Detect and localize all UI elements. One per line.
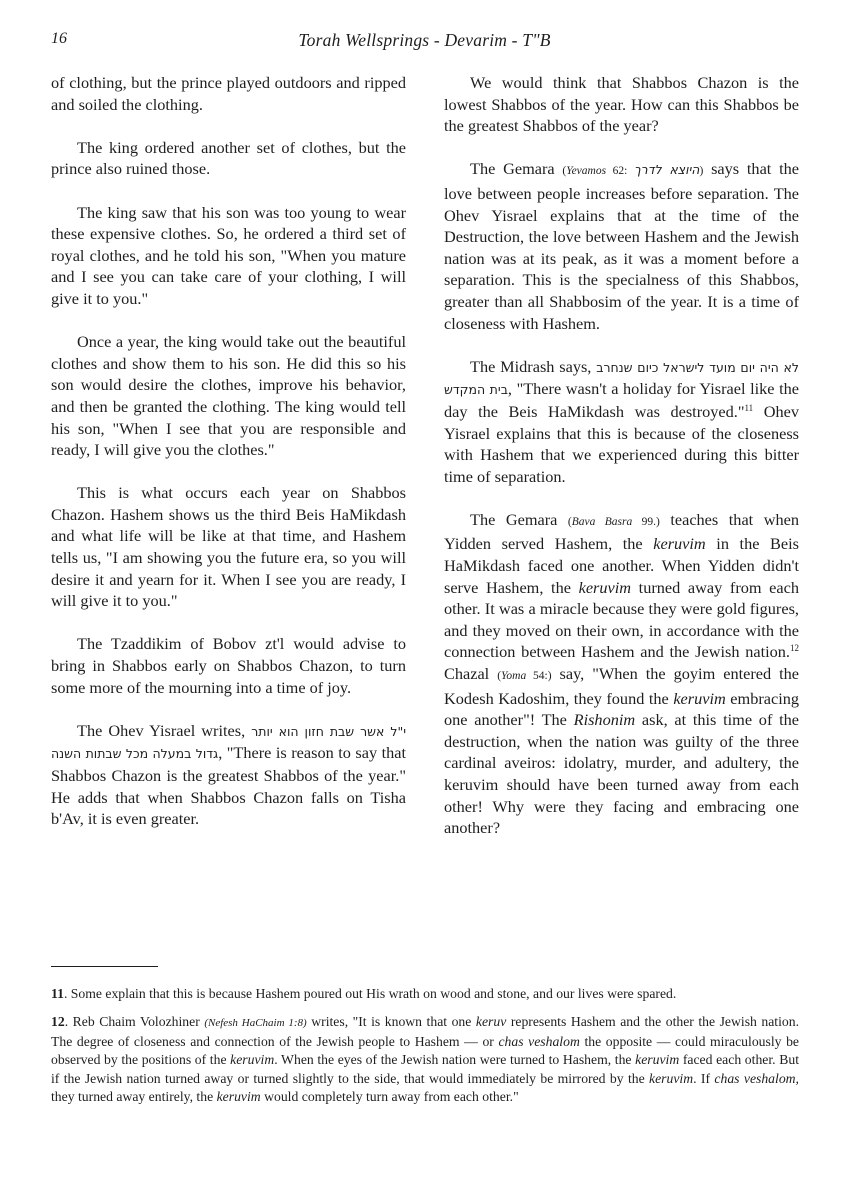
paragraph: The Gemara (Bava Basra 99.) teaches that… [444, 509, 799, 839]
footnote-separator [51, 966, 158, 967]
page-header: 16 Torah Wellsprings - Devarim - T"B [51, 30, 798, 54]
right-column: We would think that Shabbos Chazon is th… [444, 72, 799, 860]
footnote-11: 11. Some explain that this is because Ha… [51, 985, 799, 1003]
body-columns: of clothing, but the prince played outdo… [51, 72, 799, 860]
footnote-ref-12[interactable]: 12 [790, 643, 799, 653]
running-title: Torah Wellsprings - Devarim - T"B [51, 30, 798, 51]
paragraph: The king ordered another set of clothes,… [51, 137, 406, 180]
paragraph: We would think that Shabbos Chazon is th… [444, 72, 799, 137]
paragraph: of clothing, but the prince played outdo… [51, 72, 406, 115]
paragraph: Once a year, the king would take out the… [51, 331, 406, 461]
paragraph: The Gemara (Yevamos 62: היוצא לדרך) says… [444, 158, 799, 334]
source-citation: (Yevamos 62: היוצא לדרך) [562, 165, 703, 177]
footnotes: 11. Some explain that this is because Ha… [51, 985, 799, 1116]
paragraph: The king saw that his son was too young … [51, 202, 406, 310]
left-column: of clothing, but the prince played outdo… [51, 72, 406, 860]
footnote-ref-11[interactable]: 11 [744, 403, 753, 413]
paragraph: This is what occurs each year on Shabbos… [51, 482, 406, 612]
paragraph: The Midrash says, לא היה יום מועד לישראל… [444, 356, 799, 488]
source-citation: (Yoma 54:) [497, 670, 551, 682]
footnote-12: 12. Reb Chaim Volozhiner (Nefesh HaChaim… [51, 1013, 799, 1106]
source-citation: (Bava Basra 99.) [568, 516, 660, 528]
paragraph: The Ohev Yisrael writes, י"ל אשר שבת חזו… [51, 720, 406, 830]
paragraph: The Tzaddikim of Bobov zt'l would advise… [51, 633, 406, 698]
